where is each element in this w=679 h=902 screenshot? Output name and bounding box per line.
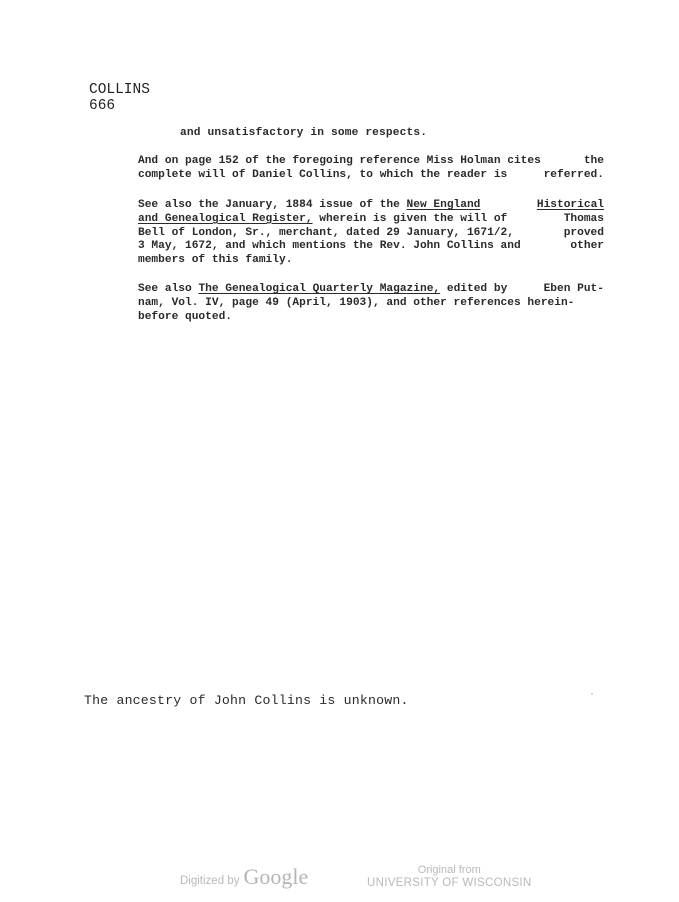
scan-speck xyxy=(591,693,593,695)
page-number: 666 xyxy=(89,98,150,114)
publication-title: Historical xyxy=(537,199,604,213)
text-row: before quoted. xyxy=(138,311,604,325)
text-row: Bell of London, Sr., merchant, dated 29 … xyxy=(138,227,604,241)
text-row: And on page 152 of the foregoing referen… xyxy=(138,155,604,169)
paragraph-will-reference: And on page 152 of the foregoing referen… xyxy=(138,155,604,183)
page-header: COLLINS 666 xyxy=(89,82,150,114)
google-watermark: Digitized by Google xyxy=(180,864,308,890)
paragraph-quarterly-reference: See also The Genealogical Quarterly Maga… xyxy=(138,283,604,324)
digitized-by-label: Digitized by xyxy=(180,875,239,887)
publication-title: The Genealogical Quarterly Magazine, xyxy=(198,283,440,295)
institution-name: UNIVERSITY OF WISCONSIN xyxy=(367,877,532,890)
publication-title: and Genealogical Register, xyxy=(138,213,313,225)
text-row: complete will of Daniel Collins, to whic… xyxy=(138,169,604,183)
text-row: nam, Vol. IV, page 49 (April, 1903), and… xyxy=(138,297,604,311)
institution-watermark: Original from UNIVERSITY OF WISCONSIN xyxy=(367,864,532,890)
closing-statement: The ancestry of John Collins is unknown. xyxy=(84,693,409,708)
text-row: and Genealogical Register, wherein is gi… xyxy=(138,213,604,227)
original-from-label: Original from xyxy=(367,864,532,877)
surname-heading: COLLINS xyxy=(89,82,150,98)
google-logo: Google xyxy=(243,864,308,890)
continuation-line: and unsatisfactory in some respects. xyxy=(180,127,427,139)
paragraph-register-reference: See also the January, 1884 issue of the … xyxy=(138,199,604,268)
text-row: See also the January, 1884 issue of the … xyxy=(138,199,604,213)
text-row: members of this family. xyxy=(138,254,604,268)
text-row: See also The Genealogical Quarterly Maga… xyxy=(138,283,604,297)
text-row: 3 May, 1672, and which mentions the Rev.… xyxy=(138,240,604,254)
publication-title: New England xyxy=(407,199,481,211)
